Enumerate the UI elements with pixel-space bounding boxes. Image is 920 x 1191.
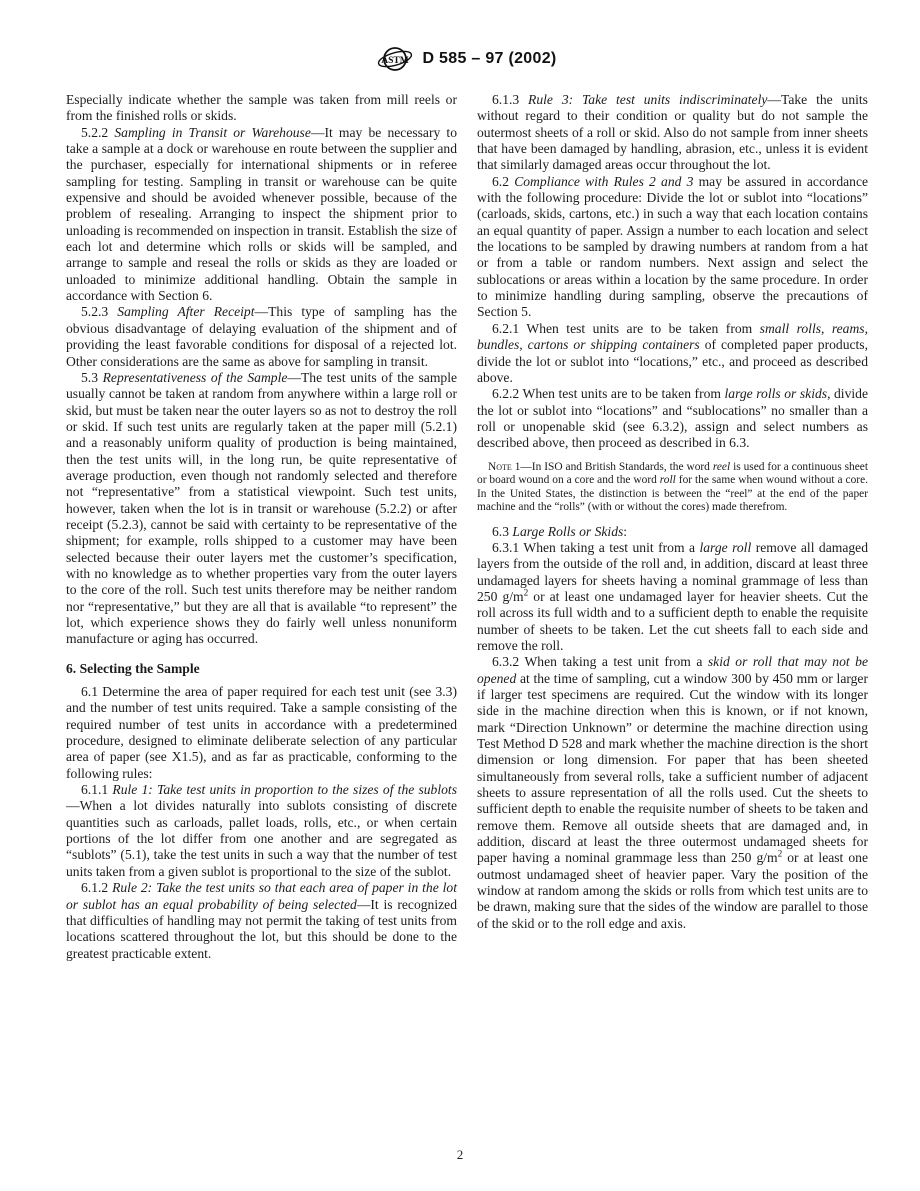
paragraph: 5.3 Representativeness of the Sample—The…	[66, 370, 457, 648]
paragraph: 6.2 Compliance with Rules 2 and 3 may be…	[477, 174, 868, 321]
page-footer: 2	[0, 1147, 920, 1163]
paragraph: 6.2.1 When test units are to be taken fr…	[477, 321, 868, 386]
paragraph: 6.1.3 Rule 3: Take test units indiscrimi…	[477, 92, 868, 174]
paragraph: 6.1.2 Rule 2: Take the test units so tha…	[66, 880, 457, 962]
paragraph: Note 1—In ISO and British Standards, the…	[477, 461, 868, 515]
paragraph: 6.1 Determine the area of paper required…	[66, 684, 457, 782]
page-number: 2	[457, 1147, 464, 1162]
document-page: ASTM D 585 – 97 (2002) Especially indica…	[0, 0, 920, 1191]
paragraph: 6.3.2 When taking a test unit from a ski…	[477, 654, 868, 932]
astm-logo-icon: ASTM	[377, 44, 413, 74]
paragraph: 6.2.2 When test units are to be taken fr…	[477, 386, 868, 451]
page-header: ASTM D 585 – 97 (2002)	[66, 44, 868, 74]
paragraph: 5.2.2 Sampling in Transit or Warehouse—I…	[66, 125, 457, 305]
paragraph: 6.3.1 When taking a test unit from a lar…	[477, 540, 868, 654]
document-title: D 585 – 97 (2002)	[422, 50, 556, 68]
column-left: Especially indicate whether the sample w…	[66, 92, 457, 962]
column-right: 6.1.3 Rule 3: Take test units indiscrimi…	[477, 92, 868, 962]
section-heading: 6. Selecting the Sample	[66, 661, 457, 677]
paragraph: 6.1.1 Rule 1: Take test units in proport…	[66, 782, 457, 880]
paragraph: Especially indicate whether the sample w…	[66, 92, 457, 125]
svg-text:ASTM: ASTM	[382, 56, 409, 66]
two-column-body: Especially indicate whether the sample w…	[66, 92, 868, 962]
paragraph: 5.2.3 Sampling After Receipt—This type o…	[66, 304, 457, 369]
paragraph: 6.3 Large Rolls or Skids:	[477, 524, 868, 540]
